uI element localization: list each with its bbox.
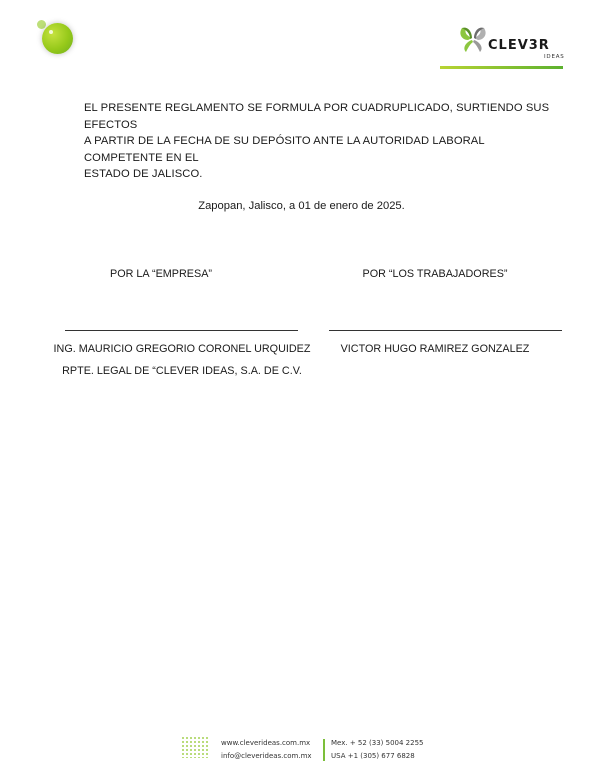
svg-text:CLEV3R: CLEV3R	[488, 38, 550, 53]
footer-divider	[323, 739, 325, 761]
butterfly-logo-icon: CLEV3R IDEAS	[458, 24, 568, 64]
paragraph-line: ESTADO DE JALISCO.	[84, 166, 554, 183]
company-signature-heading: POR LA “EMPRESA”	[66, 268, 256, 280]
footer-contact-web: www.cleverideas.com.mx info@cleverideas.…	[221, 737, 312, 763]
body-paragraph: EL PRESENTE REGLAMENTO SE FORMULA POR CU…	[84, 100, 554, 183]
company-signatory-name: ING. MAURICIO GREGORIO CORONEL URQUIDEZ	[50, 343, 314, 355]
workers-signature-line	[329, 330, 562, 331]
footer-contact-phones: Mex. + 52 (33) 5004 2255 USA +1 (305) 67…	[331, 737, 424, 763]
phone-usa: USA +1 (305) 677 6828	[331, 750, 424, 763]
svg-text:IDEAS: IDEAS	[544, 54, 565, 60]
header-accent-line	[440, 66, 563, 69]
company-signature-line	[65, 330, 298, 331]
email-link[interactable]: info@cleverideas.com.mx	[221, 750, 312, 763]
workers-signature-heading: POR “LOS TRABAJADORES”	[330, 268, 540, 280]
paragraph-line: EL PRESENTE REGLAMENTO SE FORMULA POR CU…	[84, 100, 554, 133]
workers-signatory-name: VICTOR HUGO RAMIREZ GONZALEZ	[318, 343, 552, 355]
green-bubble-icon	[42, 23, 73, 54]
company-logo: CLEV3R IDEAS	[458, 24, 568, 64]
dot-grid-icon	[181, 736, 209, 758]
company-signatory-role: RPTE. LEGAL DE “CLEVER IDEAS, S.A. DE C.…	[50, 365, 314, 377]
date-line: Zapopan, Jalisco, a 01 de enero de 2025.	[0, 200, 603, 212]
phone-mexico: Mex. + 52 (33) 5004 2255	[331, 737, 424, 750]
website-link[interactable]: www.cleverideas.com.mx	[221, 737, 312, 750]
paragraph-line: A PARTIR DE LA FECHA DE SU DEPÓSITO ANTE…	[84, 133, 554, 166]
